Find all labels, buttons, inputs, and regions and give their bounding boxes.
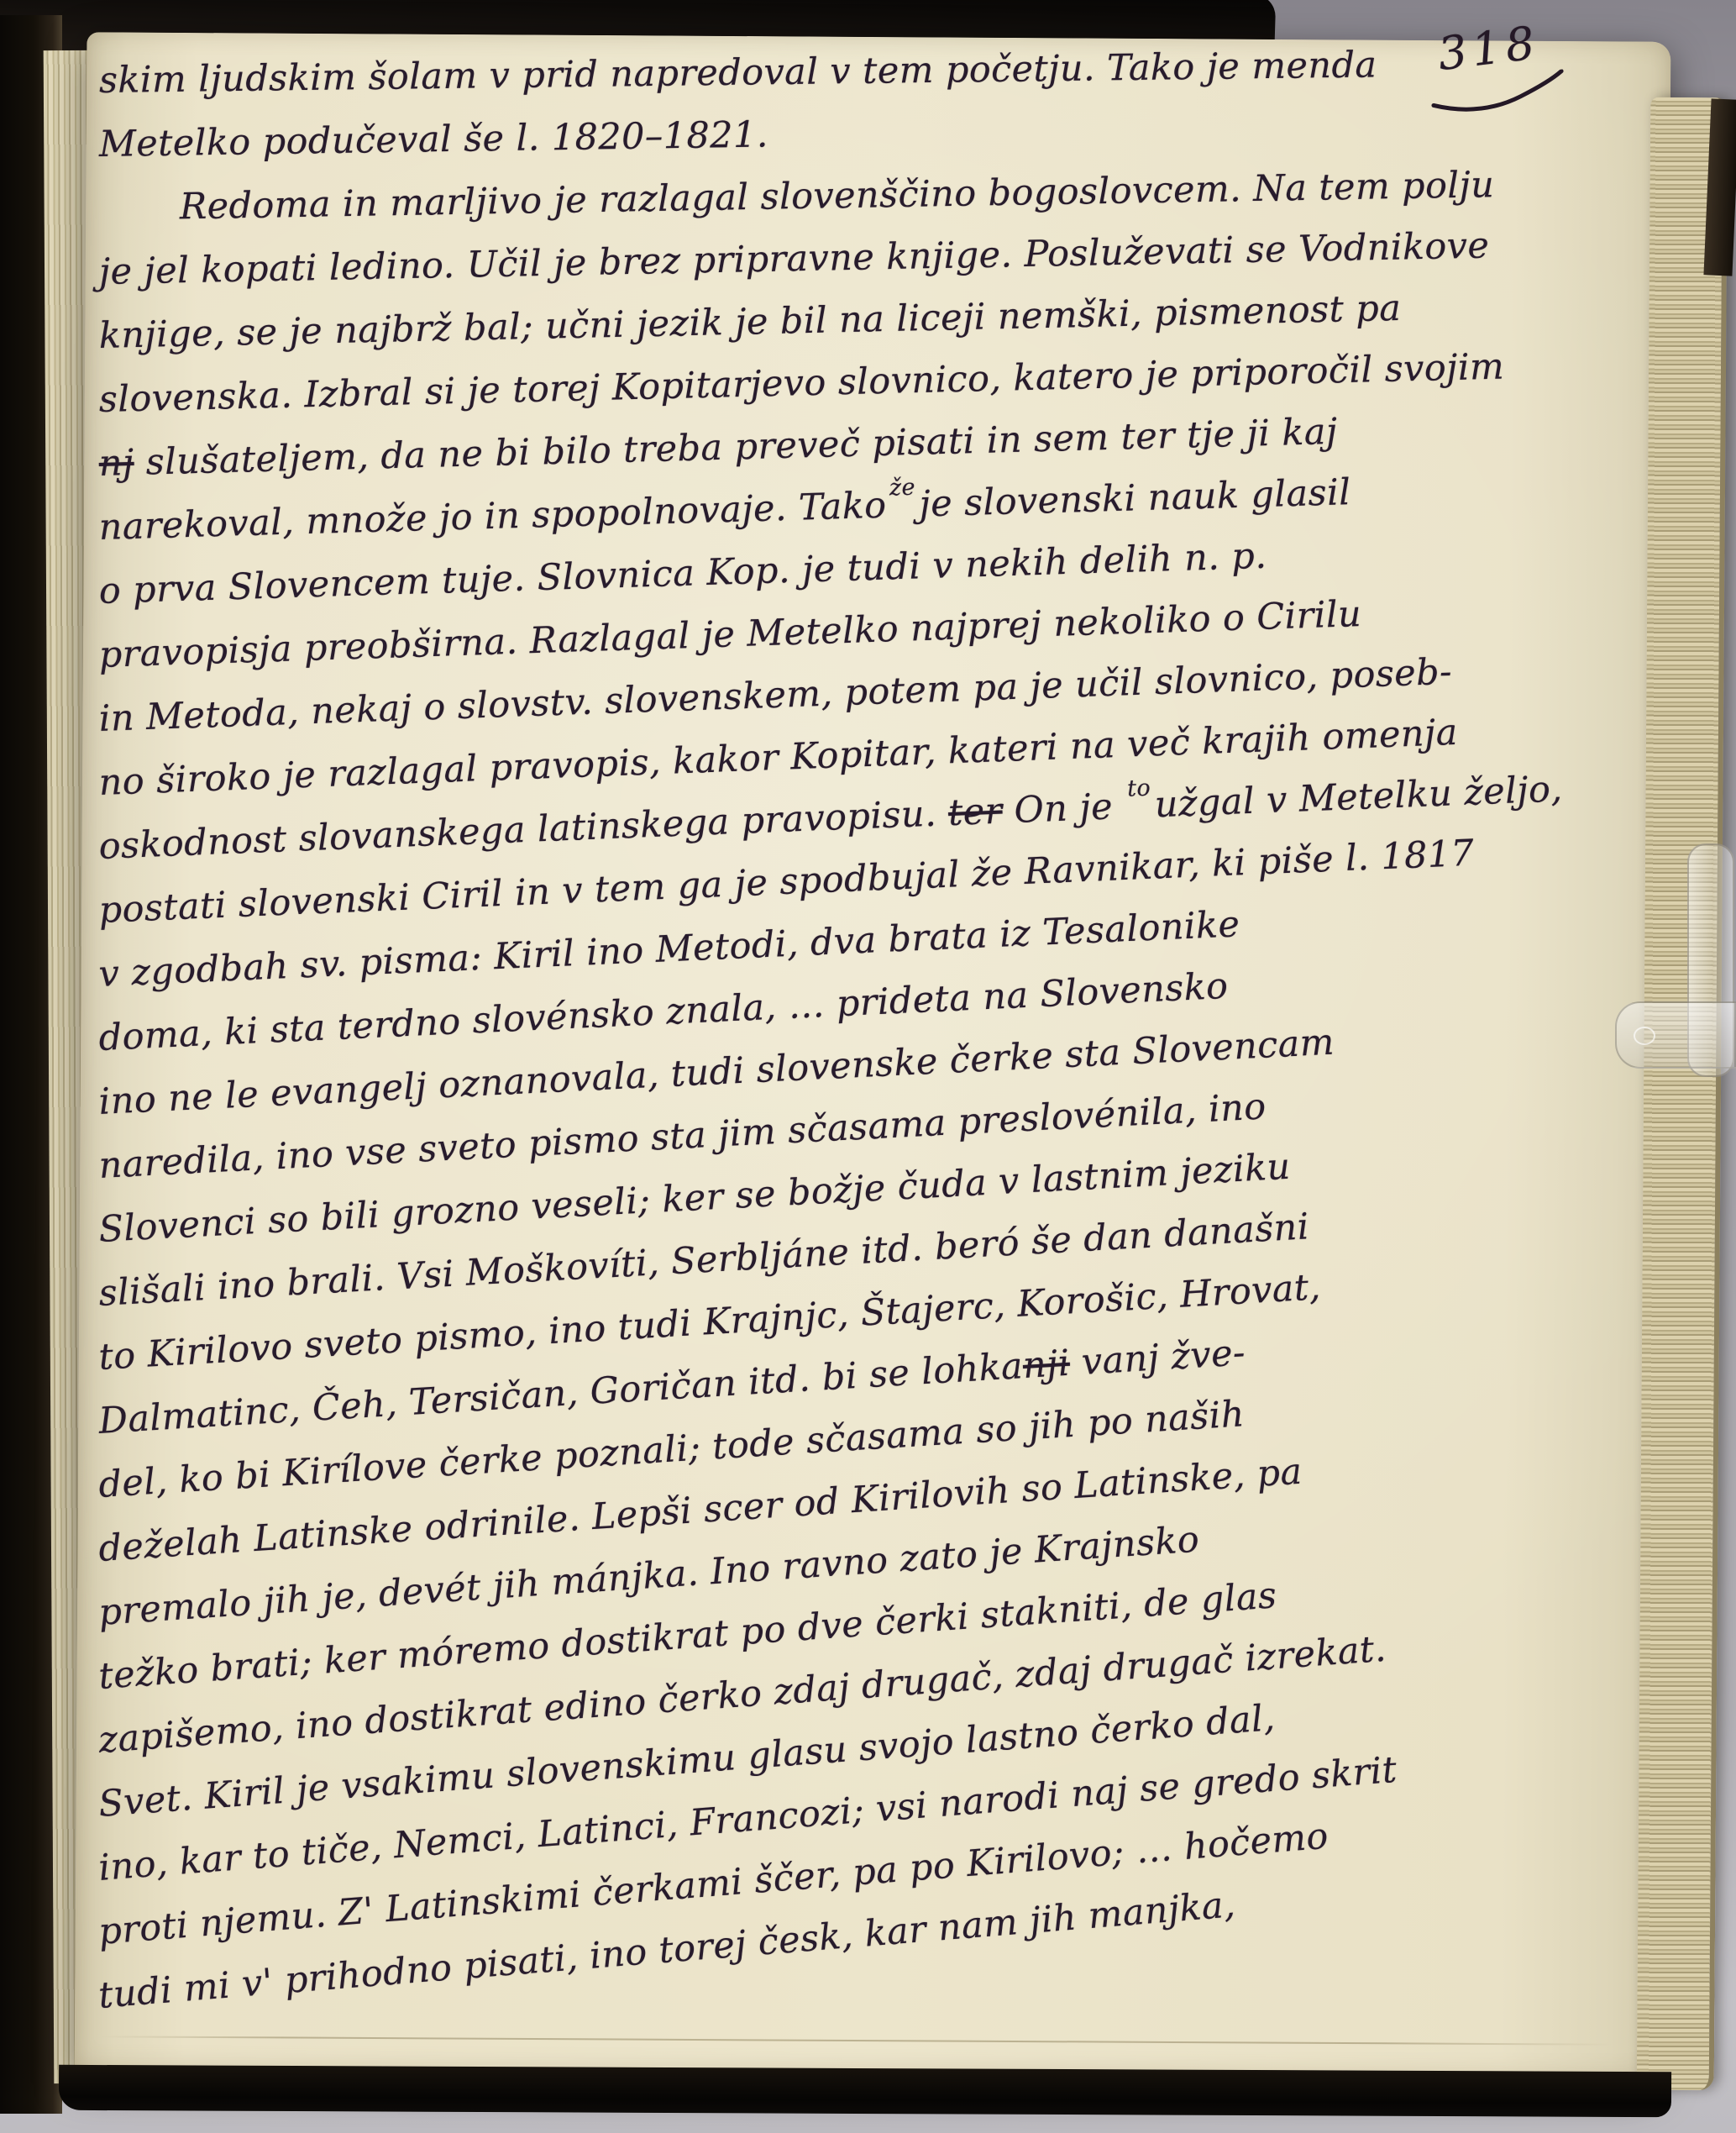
manuscript-photo: skim ljudskim šolam v prid napredoval v … bbox=[0, 0, 1736, 2133]
manuscript-line-text: skim ljudskim šolam v prid napredoval v … bbox=[99, 44, 1377, 102]
manuscript-line-text: užgal v Metelku željo, bbox=[1154, 768, 1563, 826]
manuscript-line-text: vanj žve- bbox=[1068, 1332, 1246, 1384]
struck-word: ter bbox=[947, 791, 1003, 835]
struck-word: nji bbox=[1021, 1342, 1071, 1387]
struck-word: nj bbox=[98, 442, 134, 485]
inserted-word: že bbox=[889, 456, 916, 521]
page-clip-highlight bbox=[1634, 1027, 1655, 1045]
manuscript-text: skim ljudskim šolam v prid napredoval v … bbox=[99, 49, 1653, 2028]
manuscript-line-text: Metelko podučeval še l. 1820–1821. bbox=[99, 113, 769, 165]
book-cover-bottom-edge bbox=[59, 2065, 1671, 2117]
manuscript-line-text: je slovenski nauk glasil bbox=[919, 471, 1351, 525]
paragraph-indent bbox=[99, 218, 180, 220]
manuscript-line-text: On je bbox=[1002, 785, 1125, 833]
inserted-word: to bbox=[1126, 757, 1152, 822]
